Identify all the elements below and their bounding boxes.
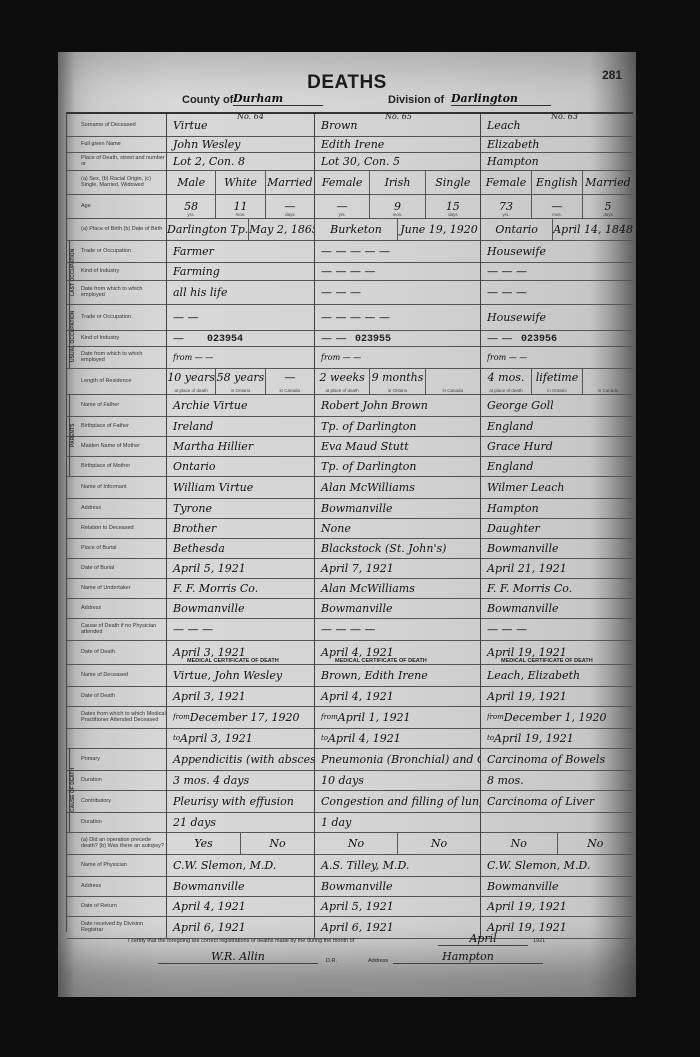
table-row: to April 3, 1921to April 4, 1921to April… bbox=[67, 728, 633, 749]
handwritten-value: 8 mos. bbox=[487, 774, 524, 787]
entry-cell: from December 17, 1920 bbox=[167, 706, 315, 728]
table-row: Name of DeceasedVirtue, John WesleyMEDIC… bbox=[67, 664, 633, 687]
entry-cell: Housewife bbox=[481, 304, 633, 330]
entry-cell: 58yrs.11mos.—days bbox=[167, 194, 315, 218]
entry-cell: April 5, 1921 bbox=[167, 558, 315, 578]
entry-cell: Ontario bbox=[167, 456, 315, 476]
entry-cell: April 5, 1921 bbox=[315, 896, 481, 916]
entry-number: No. 65 bbox=[385, 112, 412, 121]
entry-cell: — — — bbox=[481, 280, 633, 304]
table-row: Name of InformantWilliam VirtueAlan McWi… bbox=[67, 476, 633, 499]
entry-cell: BurketonJune 19, 1920 bbox=[315, 218, 481, 240]
row-label: Length of Residence bbox=[67, 368, 167, 394]
handwritten-value: — — — — bbox=[321, 265, 376, 278]
handwritten-value: 11 bbox=[233, 200, 247, 213]
row-label: Contributory bbox=[67, 790, 167, 812]
handwritten-value: April 1, 1921 bbox=[338, 711, 411, 724]
row-label: Address bbox=[67, 498, 167, 518]
handwritten-value: Bowmanville bbox=[487, 542, 558, 555]
entry-cell: April 3, 1921 bbox=[167, 686, 315, 706]
entry-cell: John Wesley bbox=[167, 136, 315, 152]
certify-month: April bbox=[438, 932, 528, 946]
entry-cell: Bowmanville bbox=[481, 876, 633, 896]
handwritten-value: Housewife bbox=[487, 245, 546, 258]
handwritten-value: Brown, Edith Irene bbox=[321, 669, 428, 682]
handwritten-value: Carcinoma of Liver bbox=[487, 795, 594, 808]
handwritten-value: Virtue, John Wesley bbox=[173, 669, 282, 682]
handwritten-value: English bbox=[536, 176, 578, 189]
handwritten-value: 2 weeks bbox=[320, 371, 365, 384]
entry-cell: George Goll bbox=[481, 394, 633, 416]
handwritten-value: Female bbox=[322, 176, 363, 189]
entry-cell: Carcinoma of Liver bbox=[481, 790, 633, 812]
handwritten-value: to bbox=[487, 734, 494, 742]
row-label: Date from which to which employed bbox=[67, 280, 167, 304]
unit-label: in Canada bbox=[426, 388, 480, 393]
entry-cell: Bowmanville bbox=[315, 876, 481, 896]
handwritten-value: Carcinoma of Bowels bbox=[487, 753, 605, 766]
handwritten-value: Virtue bbox=[173, 119, 208, 132]
registrar-signature: W.R. Allin bbox=[158, 950, 318, 964]
unit-label: in Ontario bbox=[370, 388, 424, 393]
entry-cell: Farming bbox=[167, 262, 315, 280]
entry-cell: Housewife bbox=[481, 240, 633, 262]
row-label: Cause of Death if no Physician attended bbox=[67, 618, 167, 640]
entry-cell: William Virtue bbox=[167, 476, 315, 498]
entry-cell: Tp. of Darlington bbox=[315, 456, 481, 476]
handwritten-value: April 7, 1921 bbox=[321, 562, 394, 575]
handwritten-value: 1 day bbox=[321, 816, 351, 829]
handwritten-value: April 5, 1921 bbox=[321, 900, 394, 913]
entry-cell: Bowmanville bbox=[481, 538, 633, 558]
entry-cell: 10 days bbox=[315, 770, 481, 790]
entry-cell: Martha Hillier bbox=[167, 436, 315, 456]
entry-cell: Grace Hurd bbox=[481, 436, 633, 456]
handwritten-value: — bbox=[284, 200, 295, 213]
handwritten-value: Eva Maud Stutt bbox=[321, 440, 409, 453]
division-value: Darlington bbox=[451, 92, 551, 106]
handwritten-value: Robert John Brown bbox=[321, 399, 428, 412]
section-label: LAST OCCUPATION bbox=[69, 240, 80, 304]
row-label: Date of Death bbox=[67, 686, 167, 706]
handwritten-value: — — — bbox=[321, 286, 361, 299]
entry-cell: FemaleIrishSingle bbox=[315, 170, 481, 194]
handwritten-value: Farming bbox=[173, 265, 220, 278]
row-label: Age bbox=[67, 194, 167, 218]
table-row: Duration21 days1 day bbox=[67, 812, 633, 833]
handwritten-value: Wilmer Leach bbox=[487, 481, 564, 494]
entry-cell: Lot 2, Con. 8 bbox=[167, 152, 315, 170]
handwritten-value: April 14, 1848 bbox=[553, 223, 633, 236]
entry-cell: Bowmanville bbox=[167, 598, 315, 618]
table-row: Trade or Occupation— —— — — — —Housewife bbox=[67, 304, 633, 331]
handwritten-value: 4 mos. bbox=[488, 371, 525, 384]
entry-cell: Archie Virtue bbox=[167, 394, 315, 416]
handwritten-value: May 2, 1865 bbox=[249, 223, 315, 236]
entry-cell: 73yrs.—mos.5days bbox=[481, 194, 633, 218]
handwritten-value: Tp. of Darlington bbox=[321, 460, 417, 473]
handwritten-value: No bbox=[587, 837, 603, 850]
row-label: Primary bbox=[67, 748, 167, 770]
entry-cell: — — — bbox=[167, 618, 315, 640]
entry-cell: Blackstock (St. John's) bbox=[315, 538, 481, 558]
handwritten-value: 73 bbox=[499, 200, 513, 213]
unit-label: mos. bbox=[370, 212, 424, 217]
register-table: Surname of DeceasedVirtueNo. 64BrownNo. … bbox=[66, 112, 633, 932]
entry-cell: Tp. of Darlington bbox=[315, 416, 481, 436]
section-label: CAUSE OF DEATH bbox=[69, 748, 80, 832]
entry-cell: Bowmanville bbox=[315, 598, 481, 618]
page-title: DEATHS bbox=[58, 72, 636, 94]
row-label: (a) Place of Birth (b) Date of Birth bbox=[67, 218, 167, 240]
certify-text: I certify that the foregoing are correct… bbox=[128, 938, 354, 944]
handwritten-value: No bbox=[269, 837, 285, 850]
handwritten-value: Female bbox=[486, 176, 527, 189]
handwritten-value: Brother bbox=[173, 522, 216, 535]
entry-cell: April 4, 1921 bbox=[315, 686, 481, 706]
entry-cell: — — — bbox=[315, 280, 481, 304]
handwritten-value: April 6, 1921 bbox=[173, 921, 246, 934]
entry-cell: Pneumonia (Bronchial) and Grip bbox=[315, 748, 481, 770]
handwritten-value: Hampton bbox=[487, 155, 539, 168]
handwritten-value: Ontario bbox=[495, 223, 537, 236]
entry-cell: 8 mos. bbox=[481, 770, 633, 790]
row-label: Birthplace of Mother bbox=[67, 456, 167, 476]
handwritten-value: A.S. Tilley, M.D. bbox=[321, 859, 409, 872]
handwritten-value: C.W. Slemon, M.D. bbox=[173, 859, 276, 872]
handwritten-value: — — bbox=[487, 332, 513, 345]
table-row: (a) Place of Birth (b) Date of BirthDarl… bbox=[67, 218, 633, 241]
row-label: Place of Death, street and number or bbox=[67, 152, 167, 170]
medical-certificate-heading: MEDICAL CERTIFICATE OF DEATH bbox=[187, 658, 279, 664]
entry-cell: — — — — — bbox=[315, 240, 481, 262]
unit-label: at place of death bbox=[315, 388, 369, 393]
handwritten-value: from bbox=[173, 713, 190, 721]
row-label: Name of Father bbox=[67, 394, 167, 416]
table-row: Duration3 mos. 4 days10 days8 mos. bbox=[67, 770, 633, 791]
handwritten-value: Single bbox=[435, 176, 470, 189]
entry-number: No. 64 bbox=[237, 112, 264, 121]
handwritten-value: June 19, 1920 bbox=[400, 223, 478, 236]
entry-cell: C.W. Slemon, M.D. bbox=[481, 854, 633, 876]
unit-label: in Canada bbox=[266, 388, 314, 393]
registrar-address: Hampton bbox=[393, 950, 543, 964]
unit-label: at place of death bbox=[481, 388, 531, 393]
row-label: Birthplace of Father bbox=[67, 416, 167, 436]
handwritten-value: from bbox=[321, 713, 338, 721]
entry-cell: Ireland bbox=[167, 416, 315, 436]
entry-cell: from December 1, 1920 bbox=[481, 706, 633, 728]
entry-cell: F. F. Morris Co. bbox=[481, 578, 633, 598]
entry-cell: Congestion and filling of lungs bbox=[315, 790, 481, 812]
county-label: County of bbox=[182, 94, 233, 106]
row-label: Date of Burial bbox=[67, 558, 167, 578]
entry-cell: England bbox=[481, 456, 633, 476]
table-row: Date of BurialApril 5, 1921April 7, 1921… bbox=[67, 558, 633, 579]
handwritten-value: Archie Virtue bbox=[173, 399, 248, 412]
handwritten-value: Daughter bbox=[487, 522, 540, 535]
unit-label: in Ontario bbox=[216, 388, 264, 393]
registrar-certification: I certify that the foregoing are correct… bbox=[58, 934, 636, 994]
entry-cell: Edith Irene bbox=[315, 136, 481, 152]
entry-cell: Daughter bbox=[481, 518, 633, 538]
table-row: ContributoryPleurisy with effusionConges… bbox=[67, 790, 633, 813]
handwritten-value: — — bbox=[321, 332, 347, 345]
table-row: Date of ReturnApril 4, 1921April 5, 1921… bbox=[67, 896, 633, 917]
handwritten-value: Bowmanville bbox=[321, 502, 392, 515]
entry-cell: Hampton bbox=[481, 498, 633, 518]
unit-label: in Ontario bbox=[532, 388, 582, 393]
table-row: Surname of DeceasedVirtueNo. 64BrownNo. … bbox=[67, 114, 633, 137]
handwritten-value: Bowmanville bbox=[321, 880, 392, 893]
table-row: Relation to DeceasedBrotherNoneDaughter bbox=[67, 518, 633, 539]
entry-cell: OntarioApril 14, 1848 bbox=[481, 218, 633, 240]
handwritten-value: Congestion and filling of lungs bbox=[321, 795, 481, 808]
entry-cell: Elizabeth bbox=[481, 136, 633, 152]
table-row: Age58yrs.11mos.—days—yrs.9mos.15days73yr… bbox=[67, 194, 633, 219]
row-label: Name of Informant bbox=[67, 476, 167, 498]
handwritten-value: — — — — bbox=[321, 623, 376, 636]
handwritten-value: Hampton bbox=[487, 502, 539, 515]
entry-cell: England bbox=[481, 416, 633, 436]
handwritten-value: 15 bbox=[446, 200, 460, 213]
entry-cell: LeachNo. 63 bbox=[481, 114, 633, 136]
table-row: Date from which to which employed023954f… bbox=[67, 346, 633, 369]
row-label: Kind of Industry bbox=[67, 330, 167, 346]
handwritten-value: — bbox=[284, 371, 295, 384]
handwritten-value: Leach, Elizabeth bbox=[487, 669, 580, 682]
entry-cell: Tyrone bbox=[167, 498, 315, 518]
row-label: Duration bbox=[67, 812, 167, 832]
row-label: Dates from which to which Medical Practi… bbox=[67, 706, 167, 728]
entry-cell: —yrs.9mos.15days bbox=[315, 194, 481, 218]
unit-label: days bbox=[266, 212, 314, 217]
entry-cell: F. F. Morris Co. bbox=[167, 578, 315, 598]
table-row: Kind of IndustryFarming— — — —— — — bbox=[67, 262, 633, 281]
entry-cell: Bowmanville bbox=[481, 598, 633, 618]
handwritten-value: Bowmanville bbox=[173, 880, 244, 893]
handwritten-value: 9 months bbox=[372, 371, 424, 384]
entry-cell: Alan McWilliams bbox=[315, 476, 481, 498]
handwritten-value: F. F. Morris Co. bbox=[173, 582, 258, 595]
handwritten-value: Edith Irene bbox=[321, 138, 384, 151]
handwritten-value: None bbox=[321, 522, 351, 535]
entry-cell: NoNo bbox=[315, 832, 481, 854]
handwritten-value: April 19, 1921 bbox=[487, 690, 567, 703]
handwritten-value: 58 years bbox=[217, 371, 265, 384]
entry-cell: 3 mos. 4 days bbox=[167, 770, 315, 790]
handwritten-value: to bbox=[173, 734, 180, 742]
handwritten-value: — — bbox=[173, 311, 199, 324]
row-label: Name of Physician bbox=[67, 854, 167, 876]
row-label: Duration bbox=[67, 770, 167, 790]
entry-cell: NoNo bbox=[481, 832, 633, 854]
row-label: Kind of Industry bbox=[67, 262, 167, 280]
handwritten-value: Alan McWilliams bbox=[321, 481, 415, 494]
handwritten-value: Alan McWilliams bbox=[321, 582, 415, 595]
handwritten-value: Male bbox=[177, 176, 205, 189]
dr-label: D.R. bbox=[326, 958, 337, 964]
unit-label: days bbox=[583, 212, 633, 217]
entry-cell: — — — — — bbox=[315, 304, 481, 330]
table-row: (a) Sex, (b) Racial Origin, (c) Single, … bbox=[67, 170, 633, 195]
table-row: Name of PhysicianC.W. Slemon, M.D.A.S. T… bbox=[67, 854, 633, 877]
handwritten-value: lifetime bbox=[536, 371, 579, 384]
table-row: Date from which to which employedall his… bbox=[67, 280, 633, 305]
table-row: Full given NameJohn WesleyEdith IreneEli… bbox=[67, 136, 633, 153]
entry-cell: April 19, 1921 bbox=[481, 686, 633, 706]
entry-cell: BrownNo. 65 bbox=[315, 114, 481, 136]
entry-cell: April 21, 1921 bbox=[481, 558, 633, 578]
handwritten-value: — — — bbox=[487, 623, 527, 636]
entry-cell: all his life bbox=[167, 280, 315, 304]
handwritten-value: April 19, 1921 bbox=[494, 732, 574, 745]
handwritten-value: from — — bbox=[487, 353, 527, 362]
entry-cell: to April 4, 1921 bbox=[315, 728, 481, 748]
registration-stamp: 023954 bbox=[207, 334, 243, 345]
entry-cell: Wilmer Leach bbox=[481, 476, 633, 498]
handwritten-value: Darlington Tp. bbox=[167, 223, 248, 236]
entry-cell: A.S. Tilley, M.D. bbox=[315, 854, 481, 876]
division-label: Division of bbox=[388, 94, 444, 106]
handwritten-value: 5 bbox=[605, 200, 612, 213]
entry-cell: Alan McWilliams bbox=[315, 578, 481, 598]
table-row: (a) Did an operation precede death? (b) … bbox=[67, 832, 633, 855]
entry-cell: Lot 30, Con. 5 bbox=[315, 152, 481, 170]
handwritten-value: April 3, 1921 bbox=[173, 690, 246, 703]
unit-label: yrs. bbox=[315, 212, 369, 217]
row-label: Date of Death bbox=[67, 640, 167, 664]
table-row: Cause of Death if no Physician attended—… bbox=[67, 618, 633, 641]
entry-cell: Robert John Brown bbox=[315, 394, 481, 416]
handwritten-value: Yes bbox=[194, 837, 212, 850]
entry-cell: VirtueNo. 64 bbox=[167, 114, 315, 136]
handwritten-value: Bowmanville bbox=[487, 602, 558, 615]
table-row: Name of FatherArchie VirtueRobert John B… bbox=[67, 394, 633, 417]
entry-cell: 023954from — — bbox=[167, 346, 315, 368]
section-label: PARENTS bbox=[69, 394, 80, 476]
entry-cell: Virtue, John WesleyMEDICAL CERTIFICATE O… bbox=[167, 664, 315, 686]
handwritten-value: Martha Hillier bbox=[173, 440, 253, 453]
entry-cell: YesNo bbox=[167, 832, 315, 854]
unit-label: mos. bbox=[532, 212, 582, 217]
entry-cell: 10 yearsat place of death58 yearsin Onta… bbox=[167, 368, 315, 394]
table-row: AddressBowmanvilleBowmanvilleBowmanville bbox=[67, 598, 633, 619]
handwritten-value: April 3, 1921 bbox=[173, 646, 246, 659]
row-label: (a) Did an operation precede death? (b) … bbox=[67, 832, 167, 854]
handwritten-value: — bbox=[337, 200, 348, 213]
certify-year: 1921 bbox=[533, 938, 545, 944]
handwritten-value: 3 mos. 4 days bbox=[173, 774, 249, 787]
death-register-page: DEATHS 281 County of Durham Division of … bbox=[58, 52, 636, 997]
entry-cell: Pleurisy with effusion bbox=[167, 790, 315, 812]
handwritten-value: 58 bbox=[184, 200, 198, 213]
handwritten-value: Tp. of Darlington bbox=[321, 420, 417, 433]
handwritten-value: — — — bbox=[487, 286, 527, 299]
handwritten-value: to bbox=[321, 734, 328, 742]
handwritten-value: April 4, 1921 bbox=[173, 900, 246, 913]
handwritten-value: Bowmanville bbox=[321, 602, 392, 615]
handwritten-value: England bbox=[487, 460, 533, 473]
row-label: Full given Name bbox=[67, 136, 167, 152]
entry-cell: Bowmanville bbox=[315, 498, 481, 518]
entry-cell: Carcinoma of Bowels bbox=[481, 748, 633, 770]
handwritten-value: Pleurisy with effusion bbox=[173, 795, 294, 808]
handwritten-value: Bowmanville bbox=[487, 880, 558, 893]
row-label: Name of Undertaker bbox=[67, 578, 167, 598]
handwritten-value: — bbox=[173, 332, 184, 345]
county-division-row: County of Durham Division of Darlington bbox=[58, 92, 636, 110]
entry-cell: Bethesda bbox=[167, 538, 315, 558]
registration-stamp: 023955 bbox=[355, 334, 391, 345]
entry-cell: 2 weeksat place of death9 monthsin Ontar… bbox=[315, 368, 481, 394]
handwritten-value: C.W. Slemon, M.D. bbox=[487, 859, 590, 872]
entry-cell: April 19, 1921 bbox=[481, 896, 633, 916]
row-label: Place of Burial bbox=[67, 538, 167, 558]
handwritten-value: 10 days bbox=[321, 774, 364, 787]
handwritten-value: John Wesley bbox=[173, 138, 241, 151]
entry-cell: 1 day bbox=[315, 812, 481, 832]
entry-cell: — — — bbox=[481, 618, 633, 640]
handwritten-value: from bbox=[487, 713, 504, 721]
handwritten-value: Ireland bbox=[173, 420, 213, 433]
table-row: Birthplace of MotherOntarioTp. of Darlin… bbox=[67, 456, 633, 477]
row-label: Relation to Deceased bbox=[67, 518, 167, 538]
row-label: Address bbox=[67, 876, 167, 896]
handwritten-value: from — — bbox=[173, 353, 213, 362]
handwritten-value: Tyrone bbox=[173, 502, 212, 515]
entry-cell: Bowmanville bbox=[167, 876, 315, 896]
row-label: Name of Deceased bbox=[67, 664, 167, 686]
handwritten-value: Married bbox=[585, 176, 630, 189]
row-label: Date from which to which employed bbox=[67, 346, 167, 368]
handwritten-value: — — — bbox=[487, 265, 527, 278]
entry-cell: Farmer bbox=[167, 240, 315, 262]
entry-cell: — — bbox=[315, 330, 481, 346]
table-row: AddressTyroneBowmanvilleHampton bbox=[67, 498, 633, 519]
handwritten-value: April 5, 1921 bbox=[173, 562, 246, 575]
handwritten-value: Married bbox=[267, 176, 312, 189]
handwritten-value: Brown bbox=[321, 119, 357, 132]
row-label: (a) Sex, (b) Racial Origin, (c) Single, … bbox=[67, 170, 167, 194]
handwritten-value: — — — — — bbox=[321, 245, 390, 258]
handwritten-value: Ontario bbox=[173, 460, 215, 473]
unit-label: at place of death bbox=[167, 388, 215, 393]
handwritten-value: April 21, 1921 bbox=[487, 562, 567, 575]
handwritten-value: George Goll bbox=[487, 399, 554, 412]
handwritten-value: 9 bbox=[394, 200, 401, 213]
entry-cell: Appendicitis (with abscess formation) bbox=[167, 748, 315, 770]
handwritten-value: Bethesda bbox=[173, 542, 225, 555]
row-label: Trade or Occupation bbox=[67, 304, 167, 330]
handwritten-value: April 4, 1921 bbox=[321, 690, 394, 703]
unit-label: in Canada bbox=[583, 388, 633, 393]
table-row: Birthplace of FatherIrelandTp. of Darlin… bbox=[67, 416, 633, 437]
unit-label: yrs. bbox=[481, 212, 531, 217]
handwritten-value: No bbox=[431, 837, 447, 850]
entry-cell: Darlington Tp.May 2, 1865 bbox=[167, 218, 315, 240]
entry-cell: April 7, 1921 bbox=[315, 558, 481, 578]
entry-cell: 023956from — — bbox=[481, 346, 633, 368]
row-label bbox=[67, 728, 167, 748]
entry-cell: FemaleEnglishMarried bbox=[481, 170, 633, 194]
handwritten-value: Lot 2, Con. 8 bbox=[173, 155, 245, 168]
entry-cell: MaleWhiteMarried bbox=[167, 170, 315, 194]
handwritten-value: Burketon bbox=[330, 223, 382, 236]
entry-cell: None bbox=[315, 518, 481, 538]
row-label: Date of Return bbox=[67, 896, 167, 916]
section-label: USUAL OCCUPATION bbox=[69, 304, 80, 368]
